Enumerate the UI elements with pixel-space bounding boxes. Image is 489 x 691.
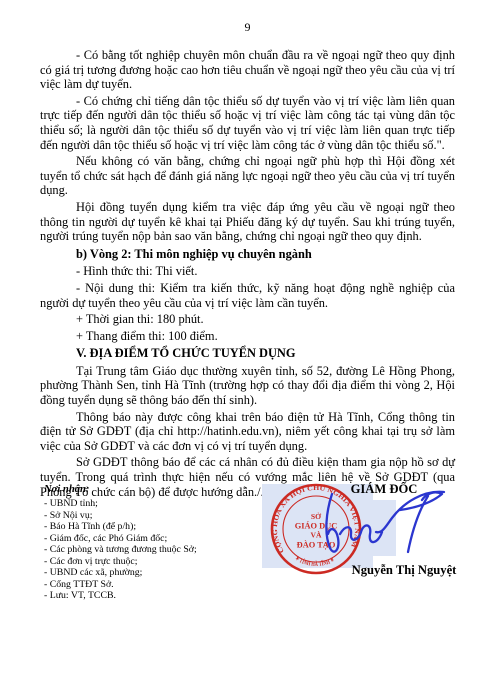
paragraph: + Thời gian thi: 180 phút. <box>40 312 455 327</box>
paragraph: - Có bằng tốt nghiệp chuyên môn chuẩn đầ… <box>40 48 455 92</box>
paragraph: - Nội dung thi: Kiểm tra kiến thức, kỹ n… <box>40 281 455 310</box>
recipient-item: - UBND tỉnh; <box>44 498 264 510</box>
paragraph: Nếu không có văn bằng, chứng chỉ ngoại n… <box>40 154 455 198</box>
recipient-item: - Các đơn vị trực thuộc; <box>44 556 264 568</box>
recipient-item: - UBND các xã, phường; <box>44 567 264 579</box>
recipient-item: - Các phòng và tương đương thuộc Sở; <box>44 544 264 556</box>
signature-block: GIÁM ĐỐC CỘNG HOÀ XÃ HỘI CHỦ NGHĨA VIỆT … <box>258 480 480 615</box>
section-heading-location: V. ĐỊA ĐIỂM TỔ CHỨC TUYỂN DỤNG <box>40 346 455 361</box>
document-body: 9 - Có bằng tốt nghiệp chuyên môn chuẩn … <box>40 20 455 501</box>
document-page: 9 - Có bằng tốt nghiệp chuyên môn chuẩn … <box>0 0 489 691</box>
paragraph: + Thang điểm thi: 100 điểm. <box>40 329 455 344</box>
paragraph: Hội đồng tuyển dụng kiểm tra việc đáp ứn… <box>40 200 455 244</box>
recipients-block: Nơi nhận: - UBND tỉnh; - Sở Nội vụ; - Bá… <box>44 484 264 602</box>
recipient-item: - Sở Nội vụ; <box>44 510 264 522</box>
signature-stroke <box>376 492 444 533</box>
handwritten-signature <box>316 488 446 562</box>
paragraph: - Có chứng chỉ tiếng dân tộc thiểu số dự… <box>40 94 455 152</box>
recipient-item: - Báo Hà Tĩnh (để p/h); <box>44 521 264 533</box>
paragraph: - Hình thức thi: Thi viết. <box>40 264 455 279</box>
signer-name: Nguyễn Thị Nguyệt <box>314 563 489 578</box>
signature-stroke <box>326 494 338 552</box>
paragraph: Thông báo này được công khai trên báo đi… <box>40 410 455 454</box>
recipient-item: - Cổng TTĐT Sở. <box>44 579 264 591</box>
recipient-item: - Giám đốc, các Phó Giám đốc; <box>44 533 264 545</box>
paragraph: Tại Trung tâm Giáo dục thường xuyên tỉnh… <box>40 364 455 408</box>
section-heading-round2: b) Vòng 2: Thi môn nghiệp vụ chuyên ngàn… <box>40 247 455 262</box>
recipients-list: - UBND tỉnh; - Sở Nội vụ; - Báo Hà Tĩnh … <box>44 498 264 602</box>
page-number: 9 <box>40 20 455 35</box>
signature-stroke <box>340 525 382 542</box>
recipient-item: - Lưu: VT, TCCB. <box>44 590 264 602</box>
recipients-title: Nơi nhận: <box>44 484 264 495</box>
